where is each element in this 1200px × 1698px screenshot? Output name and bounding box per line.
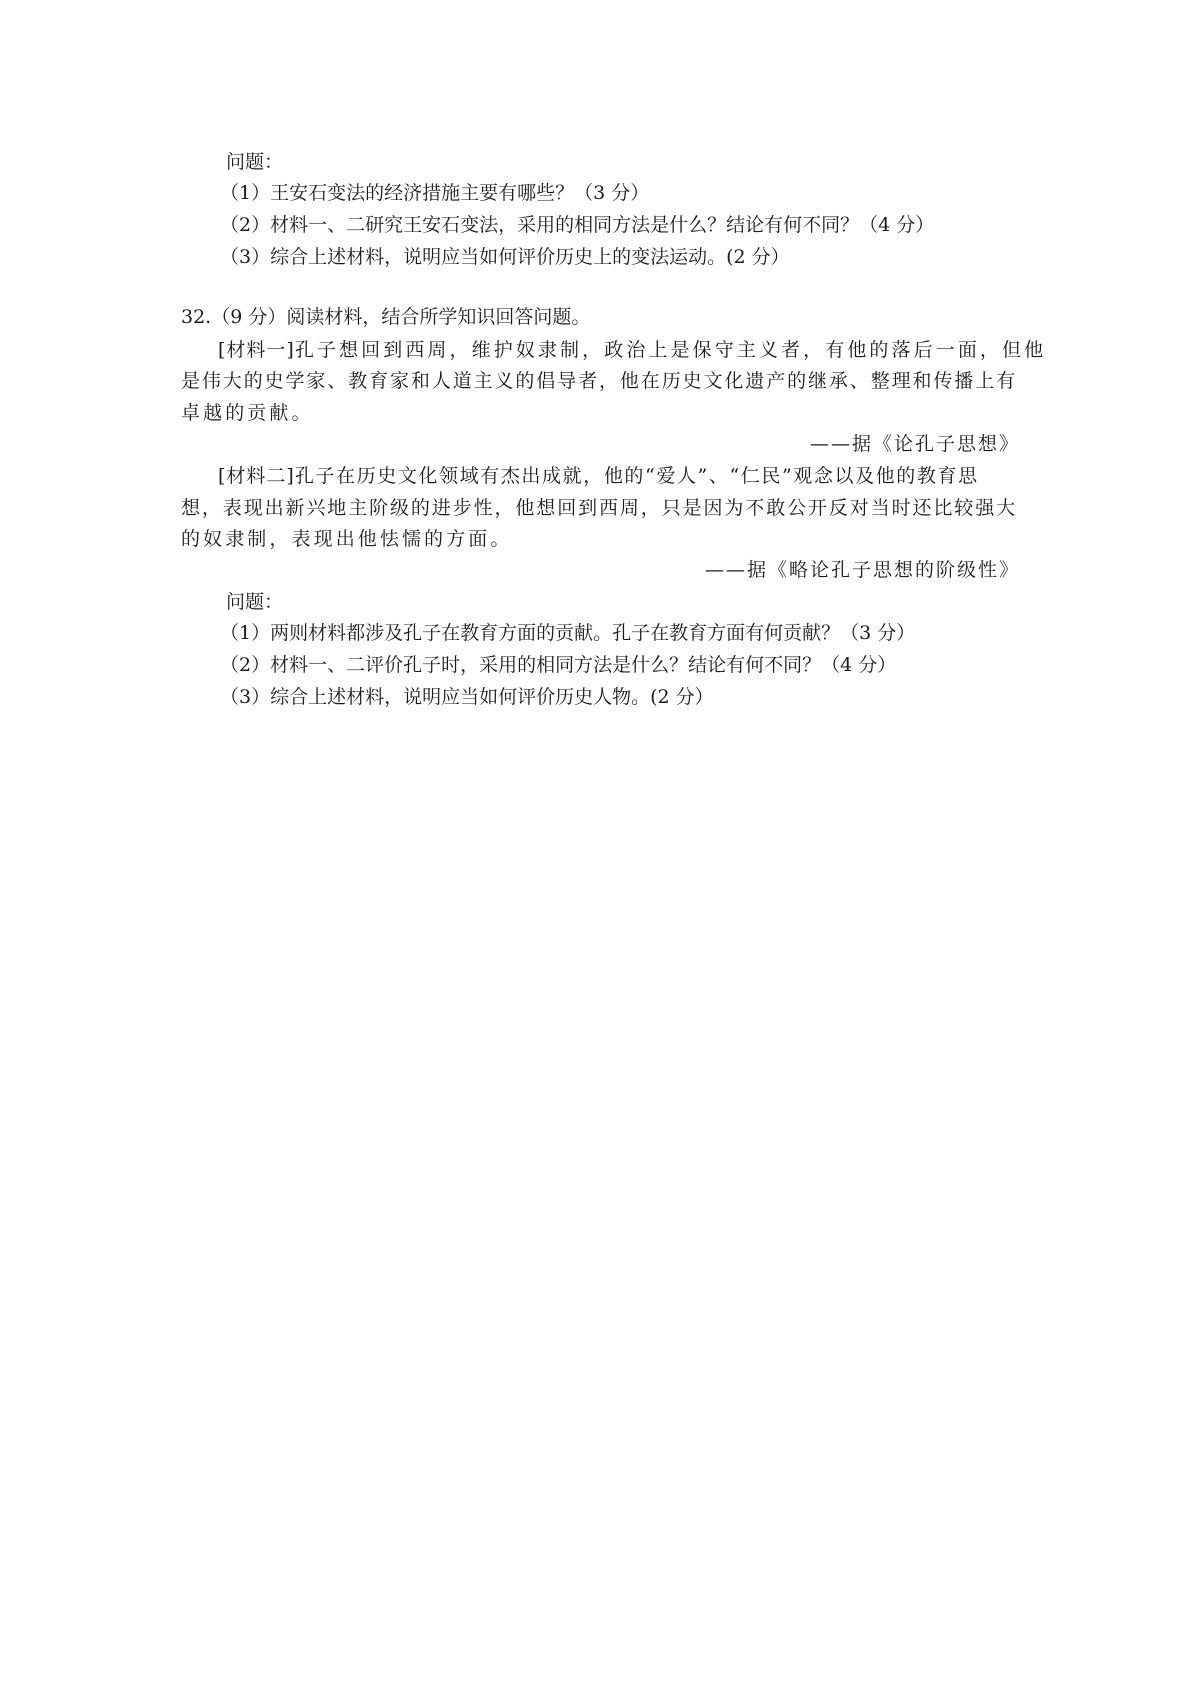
material-2-line-2: 想，表现出新兴地主阶级的进步性，他想回到西周，只是因为不敢公开反对当时还比较强大 xyxy=(181,496,1017,520)
q32-question-3: （3）综合上述材料，说明应当如何评价历史人物。(2 分） xyxy=(220,685,714,709)
q32-questions-label: 问题： xyxy=(226,590,283,614)
material-1-line-3: 卓越的贡献。 xyxy=(181,401,314,425)
q32-question-1: （1）两则材料都涉及孔子在教育方面的贡献。孔子在教育方面有何贡献？（3 分） xyxy=(220,621,915,645)
material-2-source: ——据《略论孔子思想的阶级性》 xyxy=(705,558,1020,582)
q31-question-3: （3）综合上述材料，说明应当如何评价历史上的变法运动。(2 分） xyxy=(220,245,790,269)
material-1-text-1: 孔子想回到西周，维护奴隶制，政治上是保守主义者，有他的落后一面，但他 xyxy=(295,339,1046,361)
material-1-line-2: 是伟大的史学家、教育家和人道主义的倡导者，他在历史文化遗产的继承、整理和传播上有 xyxy=(181,369,1017,393)
q31-questions-label: 问题： xyxy=(226,150,283,174)
q31-question-2: （2）材料一、二研究王安石变法，采用的相同方法是什么？结论有何不同？（4 分） xyxy=(220,213,934,237)
exam-page: 问题： （1）王安石变法的经济措施主要有哪些？（3 分） （2）材料一、二研究王… xyxy=(0,0,1200,1698)
material-1-source: ——据《论孔子思想》 xyxy=(810,432,1020,456)
material-2-tag: [材料二] xyxy=(218,465,295,487)
material-1-line-1: [材料一]孔子想回到西周，维护奴隶制，政治上是保守主义者，有他的落后一面，但他 xyxy=(218,338,1046,362)
q31-question-1: （1）王安石变法的经济措施主要有哪些？（3 分） xyxy=(220,181,649,205)
material-2-text-1: 孔子在历史文化领域有杰出成就，他的“爱人”、“仁民”观念以及他的教育思 xyxy=(295,465,979,487)
material-1-tag: [材料一] xyxy=(218,339,295,361)
material-2-line-1: [材料二]孔子在历史文化领域有杰出成就，他的“爱人”、“仁民”观念以及他的教育思 xyxy=(218,464,979,488)
q32-header: 32.（9 分）阅读材料，结合所学知识回答问题。 xyxy=(181,305,590,329)
material-2-line-3: 的奴隶制，表现出他怯懦的方面。 xyxy=(181,527,513,551)
q32-question-2: （2）材料一、二评价孔子时，采用的相同方法是什么？结论有何不同？（4 分） xyxy=(220,653,896,677)
